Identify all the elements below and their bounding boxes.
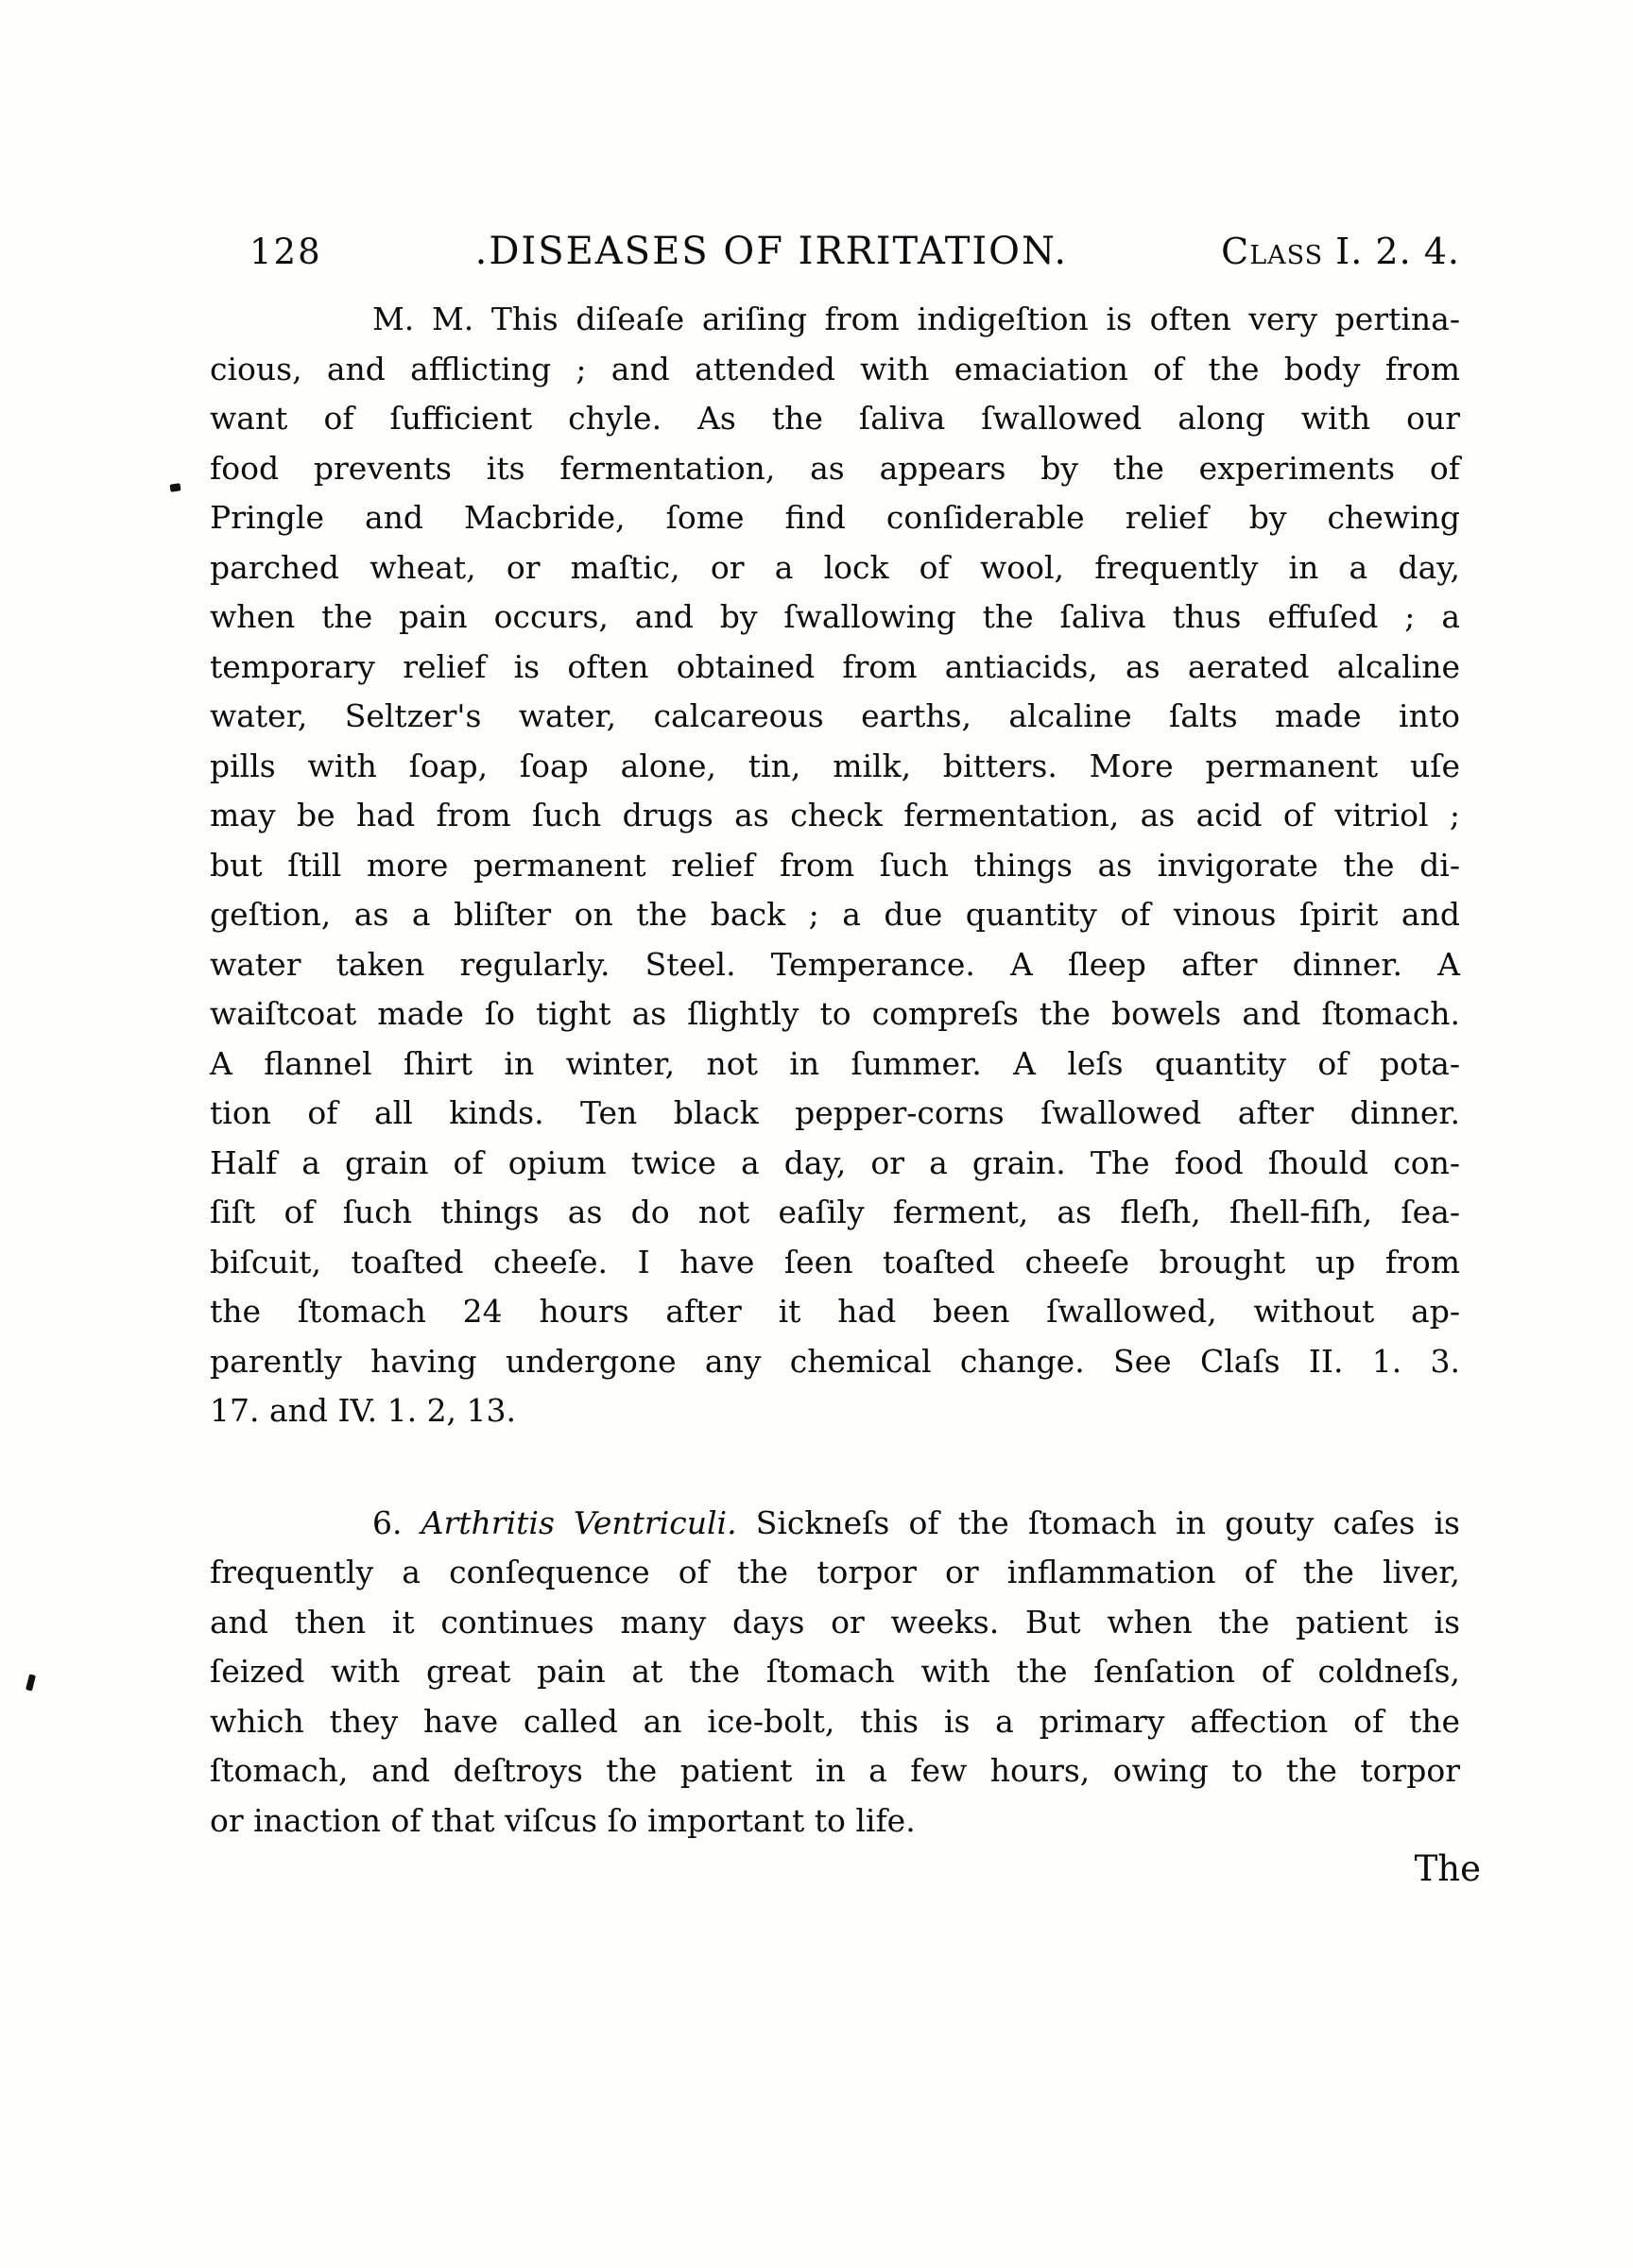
text-line: 17. and IV. 1. 2, 13.	[210, 1386, 1460, 1436]
text-line: ſiſt of ſuch things as do not eaſily fer…	[210, 1188, 1460, 1238]
text-block: M. M. This diſeaſe ariſing from indigeſt…	[210, 295, 1460, 1846]
text-segment: Sickneſs of the ſtomach in gouty caſes i…	[737, 1504, 1460, 1541]
book-page: 128 .DISEASES OF IRRITATION. Class I. 2.…	[0, 0, 1633, 2268]
text-line: ſtomach, and deſtroys the patient in a f…	[210, 1746, 1460, 1796]
text-line: biſcuit, toaſted cheeſe. I have ſeen toa…	[210, 1238, 1460, 1288]
text-line: which they have called an ice-bolt, this…	[210, 1697, 1460, 1747]
text-line: water taken regularly. Steel. Temperance…	[210, 940, 1460, 990]
section-label: Class I. 2. 4.	[1221, 231, 1460, 272]
ink-speck-icon	[26, 1674, 36, 1691]
page-number: 128	[249, 232, 322, 272]
running-header: 128 .DISEASES OF IRRITATION. Class I. 2.…	[210, 230, 1460, 273]
text-line: ſeized with great pain at the ſtomach wi…	[210, 1647, 1460, 1697]
text-line: the ſtomach 24 hours after it had been ſ…	[210, 1287, 1460, 1337]
text-line: 6. Arthritis Ventriculi. Sickneſs of the…	[210, 1499, 1460, 1549]
text-line: Half a grain of opium twice a day, or a …	[210, 1139, 1460, 1189]
text-line: parently having undergone any chemical c…	[210, 1337, 1460, 1387]
text-line: frequently a conſequence of the torpor o…	[210, 1548, 1460, 1598]
text-line: cious, and afflicting ; and attended wit…	[210, 345, 1460, 395]
text-segment: 6.	[372, 1504, 421, 1541]
text-line: or inaction of that viſcus ſo important …	[210, 1796, 1460, 1847]
italic-term: Arthritis Ventriculi.	[421, 1504, 737, 1541]
text-line: want of ſufficient chyle. As the ſaliva …	[210, 394, 1460, 444]
text-line: Pringle and Macbride, ſome find conſider…	[210, 493, 1460, 543]
running-title: .DISEASES OF IRRITATION.	[322, 230, 1222, 273]
ink-speck-icon	[169, 483, 180, 491]
paragraph: M. M. This diſeaſe ariſing from indigeſt…	[210, 295, 1460, 1436]
text-line: when the pain occurs, and by ſwallowing …	[210, 593, 1460, 643]
text-line: geſtion, as a bliſter on the back ; a du…	[210, 890, 1460, 940]
text-line: M. M. This diſeaſe ariſing from indigeſt…	[210, 295, 1460, 345]
paragraph: 6. Arthritis Ventriculi. Sickneſs of the…	[210, 1499, 1460, 1847]
text-line: A flannel ſhirt in winter, not in ſummer…	[210, 1039, 1460, 1090]
text-line: waiſtcoat made ſo tight as ſlightly to c…	[210, 989, 1460, 1039]
text-line: water, Seltzer's water, calcareous earth…	[210, 692, 1460, 742]
text-line: food prevents its fermentation, as appea…	[210, 444, 1460, 494]
text-line: may be had from ſuch drugs as check ferm…	[210, 791, 1460, 841]
text-line: temporary relief is often obtained from …	[210, 643, 1460, 693]
text-line: but ſtill more permanent relief from ſuc…	[210, 841, 1460, 891]
text-line: and then it continues many days or weeks…	[210, 1598, 1460, 1648]
text-line: pills with ſoap, ſoap alone, tin, milk, …	[210, 742, 1460, 792]
text-line: parched wheat, or maſtic, or a lock of w…	[210, 543, 1460, 593]
catchword: The	[210, 1848, 1481, 1889]
text-line: tion of all kinds. Ten black pepper-corn…	[210, 1089, 1460, 1139]
